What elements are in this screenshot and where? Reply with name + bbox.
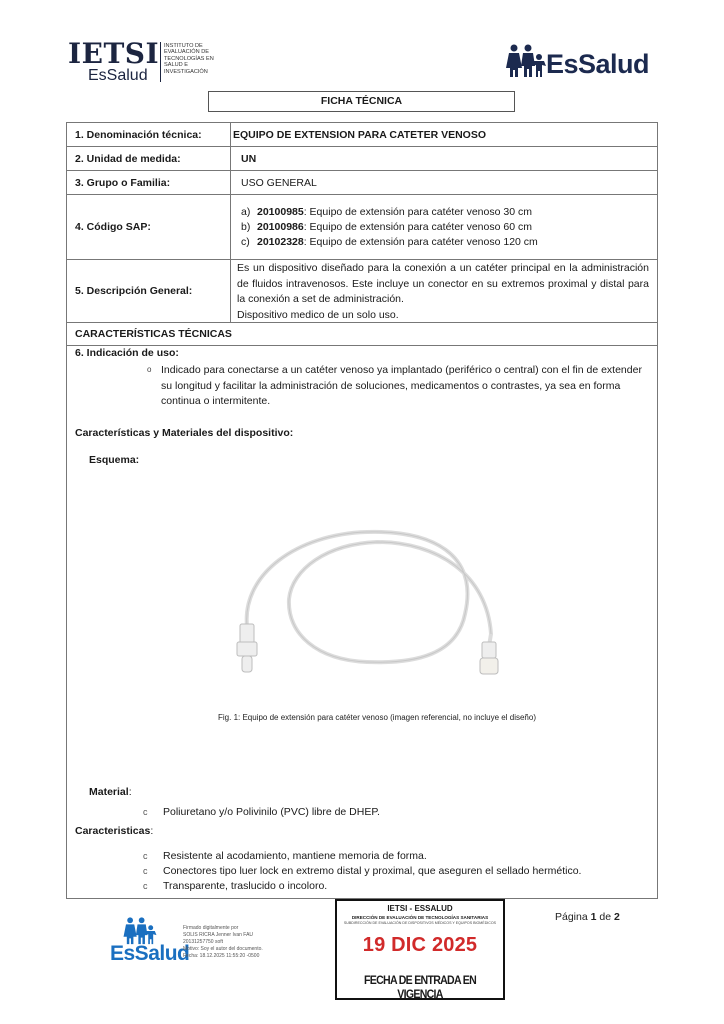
spec-table: 1. Denominación técnica: EQUIPO DE EXTEN… [66,122,658,899]
stamp-date: 19 DIC 2025 [337,934,503,957]
spec-value: UN [231,147,657,170]
spec-row-technical-name: 1. Denominación técnica: EQUIPO DE EXTEN… [67,123,657,147]
bullet-icon: c [143,851,148,861]
sap-code-list: a)20100985: Equipo de extensión para cat… [241,205,538,250]
validity-stamp: IETSI - ESSALUD DIRECCIÓN DE EVALUACIÓN … [335,899,505,1000]
logo-divider [160,42,161,82]
sap-code-item: c)20102328: Equipo de extensión para cat… [241,235,538,250]
spec-row-description: 5. Descripción General: Es un dispositiv… [67,260,657,323]
essalud-logo-text: EsSalud [546,50,649,78]
stamp-direction: DIRECCIÓN DE EVALUACIÓN DE TECNOLOGÍAS S… [337,915,503,920]
sap-code-item: a)20100985: Equipo de extensión para cat… [241,205,538,220]
page-number: Página 1 de 2 [555,911,620,923]
spec-row-sap-code: 4. Código SAP: a)20100985: Equipo de ext… [67,195,657,260]
ietsi-institute-name: Instituto de Evaluación de Tecnologías e… [164,43,214,75]
scheme-heading: Esquema: [89,454,139,466]
ietsi-logo-main: IETSI [68,40,159,68]
ietsi-logo-sub: EsSalud [88,68,148,84]
features-heading: Caracteristicas: [75,825,153,837]
sap-code: 20100985 [257,206,304,218]
family-icon [506,44,546,78]
footer-essalud-logo: EsSalud [110,917,182,965]
bullet-icon: c [143,866,148,876]
sap-code-item: b)20100986: Equipo de extensión para cat… [241,220,538,235]
stamp-caption: FECHA DE ENTRADA EN VIGENCIA [347,973,493,1001]
extension-set-image [217,514,517,694]
spec-value: USO GENERAL [231,171,657,194]
sap-code: 20102328 [257,236,304,248]
bullet-icon: o [147,365,151,374]
material-heading: Material: [89,786,132,798]
characteristics-heading: Características y Materiales del disposi… [75,427,293,439]
spec-row-unit: 2. Unidad de medida: UN [67,147,657,171]
digital-signature: Firmado digitalmente por SOLIS RICRA Jen… [183,925,263,960]
spec-value: EQUIPO DE EXTENSION PARA CATETER VENOSO [231,123,657,146]
spec-row-group: 3. Grupo o Familia: USO GENERAL [67,171,657,195]
spec-value: a)20100985: Equipo de extensión para cat… [231,195,657,259]
feature-item: Resistente al acodamiento, mantiene memo… [163,850,427,862]
spec-label: 4. Código SAP: [67,195,231,259]
spec-value: Es un dispositivo diseñado para la conex… [231,260,657,322]
indication-text: Indicado para conectarse a un catéter ve… [161,363,649,410]
family-icon [120,917,160,945]
bullet-icon: c [143,881,148,891]
figure-caption: Fig. 1: Equipo de extensión para catéter… [67,713,657,722]
technical-characteristics: 6. Indicación de uso: o Indicado para co… [67,346,657,898]
spec-label: 1. Denominación técnica: [67,123,231,146]
sap-code: 20100986 [257,221,304,233]
section-title: CARACTERÍSTICAS TÉCNICAS [67,323,657,346]
feature-item: Conectores tipo luer lock en extremo dis… [163,865,581,877]
stamp-org: IETSI - ESSALUD [337,904,503,913]
ietsi-logo: IETSI EsSalud Instituto de Evaluación de… [68,40,248,84]
bullet-icon: c [143,807,148,817]
material-item: Poliuretano y/o Polivinilo (PVC) libre d… [163,806,380,818]
spec-label: 5. Descripción General: [67,260,231,322]
stamp-subdirection: SUBDIRECCIÓN DE EVALUACIÓN DE DISPOSITIV… [337,921,503,925]
spec-label: 3. Grupo o Familia: [67,171,231,194]
indication-heading: 6. Indicación de uso: [75,347,179,359]
document-title: FICHA TÉCNICA [208,91,515,112]
footer-logo-text: EsSalud [110,943,189,965]
feature-item: Transparente, traslucido o incoloro. [163,880,327,892]
spec-label: 2. Unidad de medida: [67,147,231,170]
essalud-logo: EsSalud [506,44,666,80]
